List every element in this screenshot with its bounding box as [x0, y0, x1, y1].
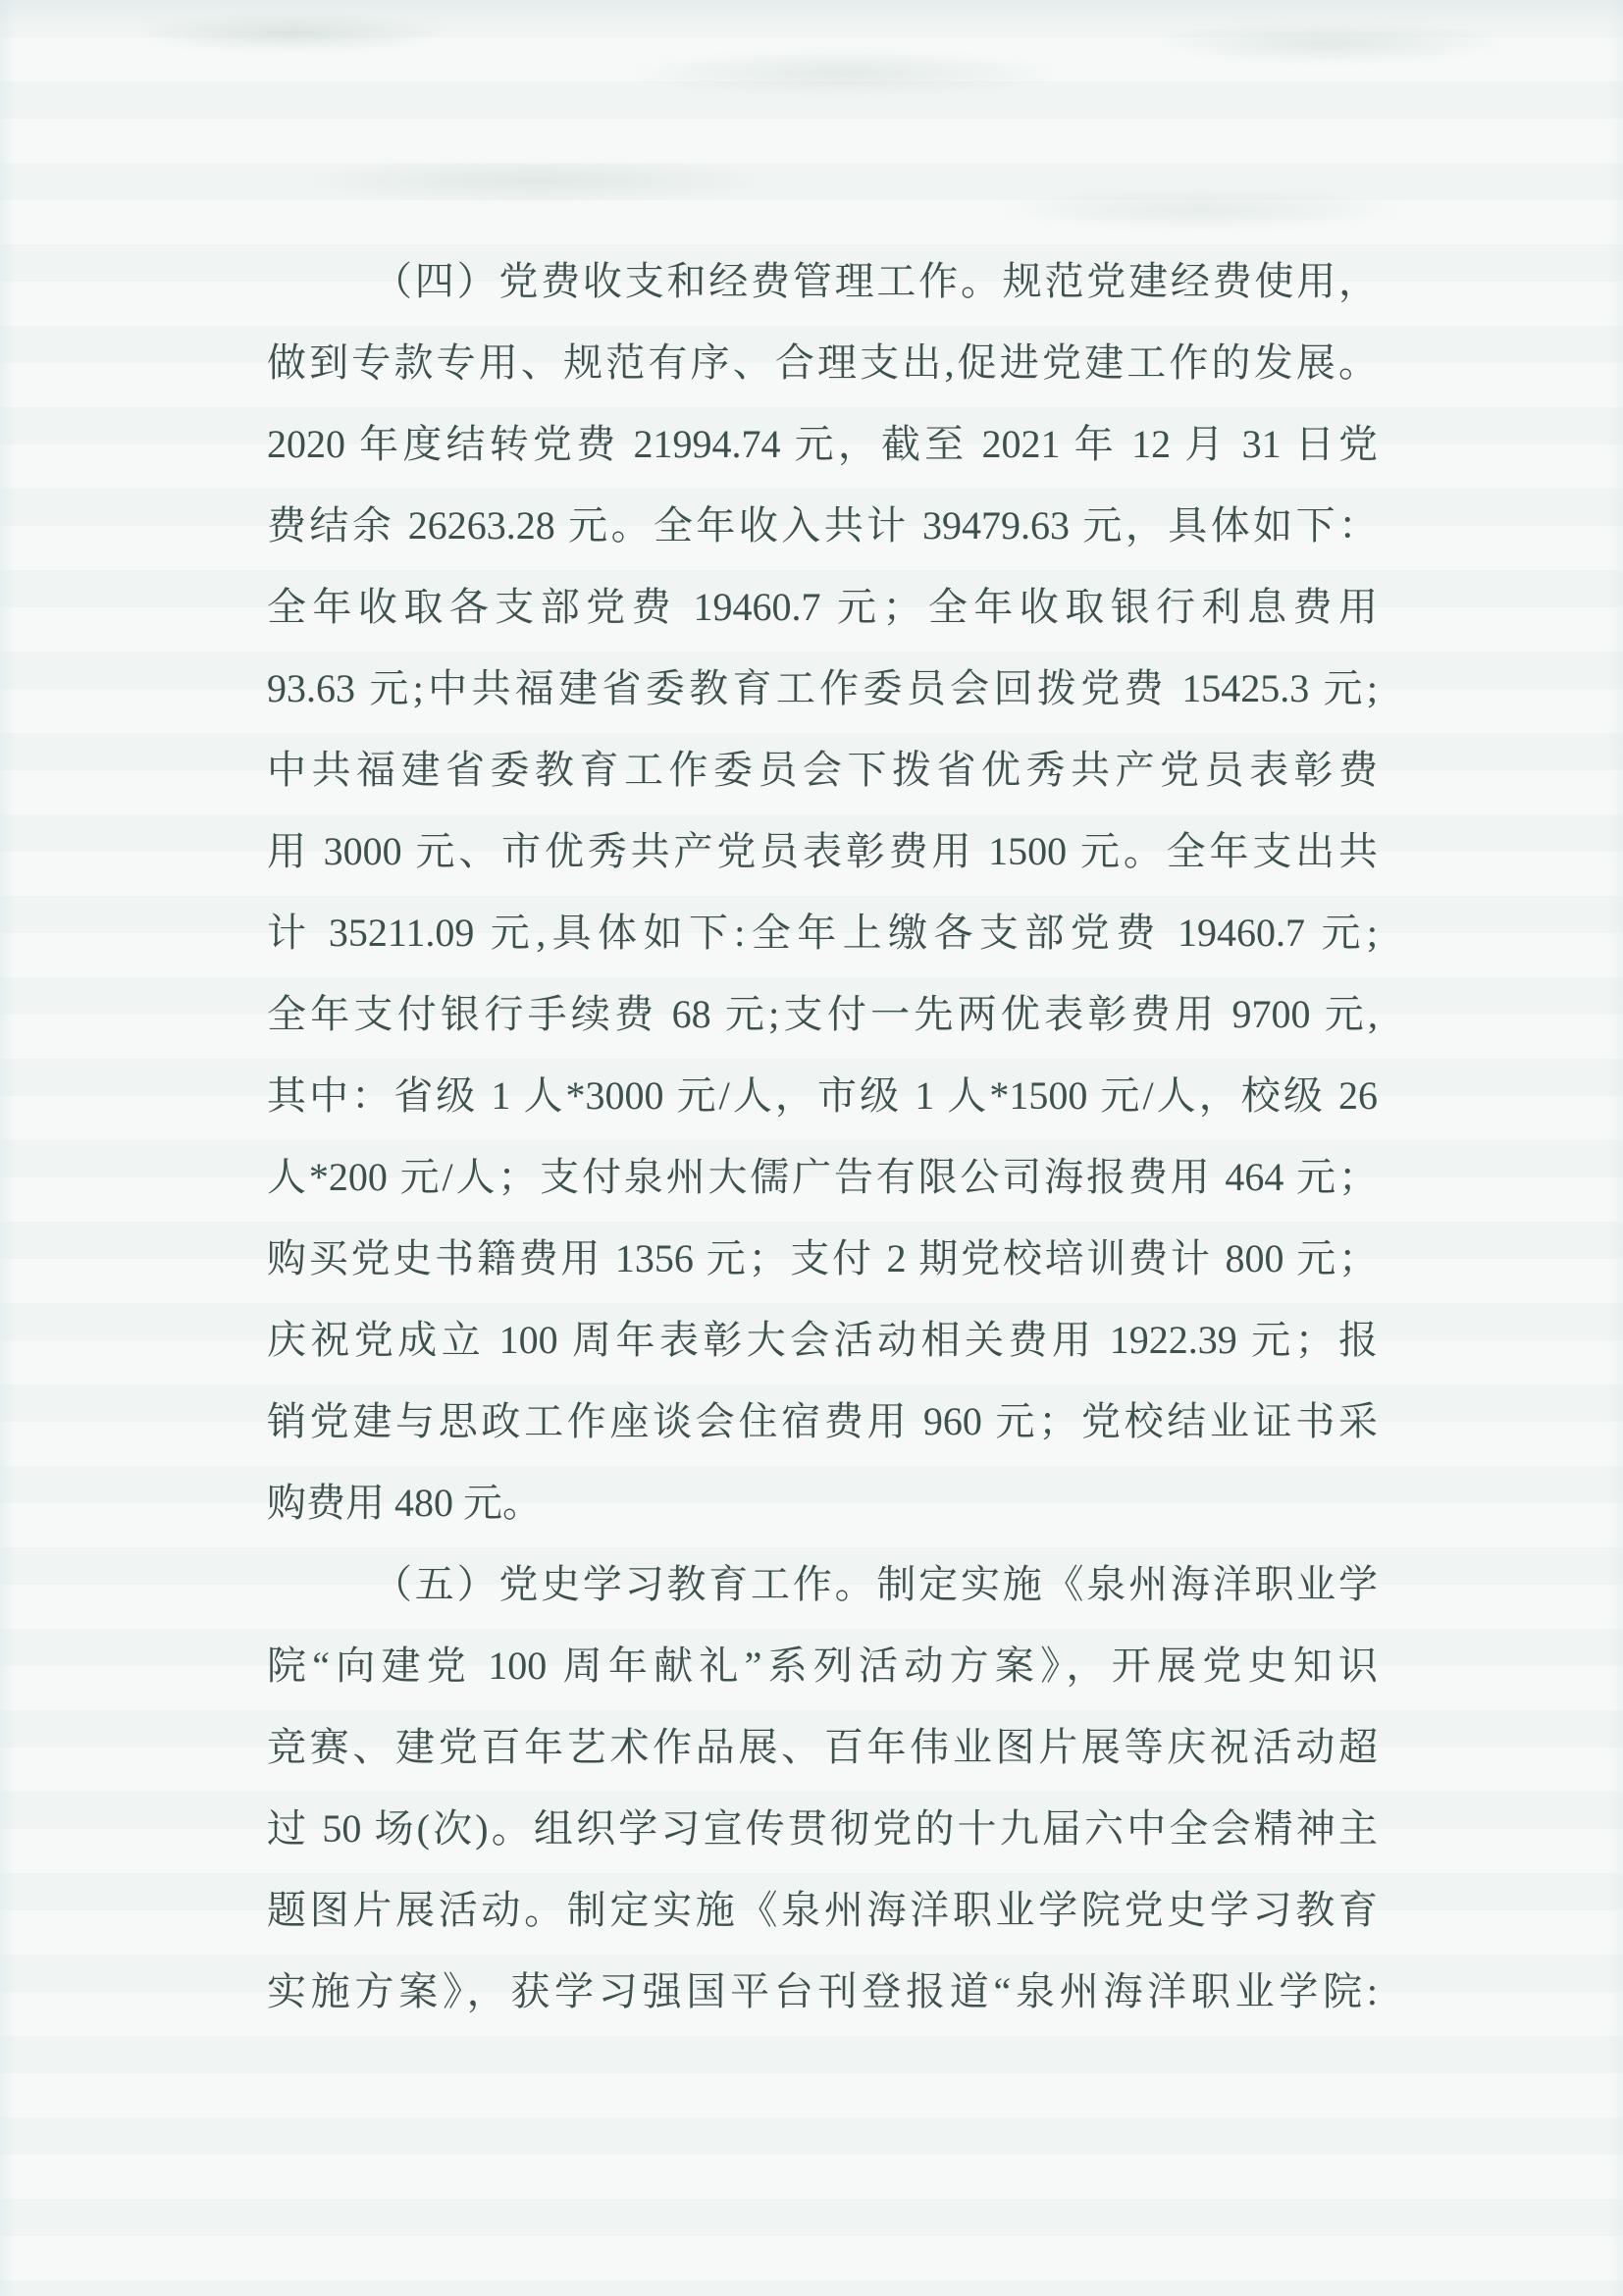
text-line: 销党建与思政工作座谈会住宿费用 960 元；党校结业证书采: [267, 1381, 1378, 1462]
text-line: 竞赛、建党百年艺术作品展、百年伟业图片展等庆祝活动超: [267, 1706, 1378, 1788]
text-line: （四）党费收支和经费管理工作。规范党建经费使用，: [267, 240, 1378, 322]
text-line: 全年支付银行手续费 68 元;支付一先两优表彰费用 9700 元,: [267, 973, 1378, 1055]
text-line: 实施方案》，获学习强国平台刊登报道“泉州海洋职业学院:: [267, 1951, 1378, 2032]
text-line: （五）党史学习教育工作。制定实施《泉州海洋职业学: [267, 1543, 1378, 1625]
text-line: 用 3000 元、市优秀共产党员表彰费用 1500 元。全年支出共: [267, 810, 1378, 892]
text-line: 计 35211.09 元,具体如下:全年上缴各支部党费 19460.7 元;: [267, 892, 1378, 973]
scanned-document-page: （四）党费收支和经费管理工作。规范党建经费使用，做到专款专用、规范有序、合理支出…: [0, 0, 1623, 2296]
text-line: 购费用 480 元。: [267, 1462, 1378, 1543]
text-line: 题图片展活动。制定实施《泉州海洋职业学院党史学习教育: [267, 1869, 1378, 1951]
text-line: 过 50 场(次)。组织学习宣传贯彻党的十九届六中全会精神主: [267, 1788, 1378, 1869]
section-5-party-history-education: （五）党史学习教育工作。制定实施《泉州海洋职业学院“向建党 100 周年献礼”系…: [267, 1543, 1378, 2032]
text-line: 2020 年度结转党费 21994.74 元，截至 2021 年 12 月 31…: [267, 403, 1378, 485]
page-bleed-through-texture: [0, 0, 1623, 255]
section-4-party-fee-management: （四）党费收支和经费管理工作。规范党建经费使用，做到专款专用、规范有序、合理支出…: [267, 240, 1378, 1543]
text-line: 其中：省级 1 人*3000 元/人，市级 1 人*1500 元/人，校级 26: [267, 1055, 1378, 1136]
text-line: 院“向建党 100 周年献礼”系列活动方案》，开展党史知识: [267, 1625, 1378, 1706]
text-line: 做到专款专用、规范有序、合理支出,促进党建工作的发展。: [267, 322, 1378, 403]
text-line: 庆祝党成立 100 周年表彰大会活动相关费用 1922.39 元；报: [267, 1299, 1378, 1381]
text-line: 费结余 26263.28 元。全年收入共计 39479.63 元，具体如下：: [267, 485, 1378, 566]
document-body-text: （四）党费收支和经费管理工作。规范党建经费使用，做到专款专用、规范有序、合理支出…: [267, 240, 1378, 2032]
text-line: 人*200 元/人；支付泉州大儒广告有限公司海报费用 464 元；: [267, 1136, 1378, 1218]
text-line: 中共福建省委教育工作委员会下拨省优秀共产党员表彰费: [267, 729, 1378, 810]
text-line: 购买党史书籍费用 1356 元；支付 2 期党校培训费计 800 元；: [267, 1218, 1378, 1299]
text-line: 全年收取各支部党费 19460.7 元；全年收取银行利息费用: [267, 566, 1378, 648]
text-line: 93.63 元;中共福建省委教育工作委员会回拨党费 15425.3 元;: [267, 648, 1378, 729]
